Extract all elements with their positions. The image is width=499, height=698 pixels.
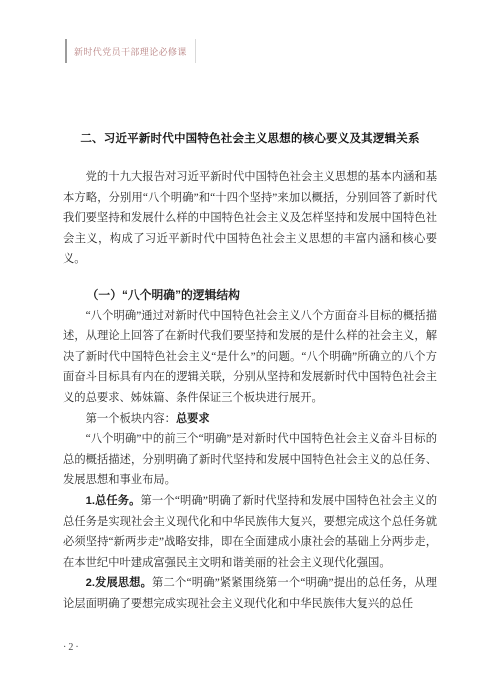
- paragraph-item-1: 1.总任务。第一个“明确”明确了新时代坚持和发展中国特色社会主义的总任务是实现社…: [63, 491, 437, 573]
- block-title-term: 总要求: [176, 413, 210, 425]
- paragraph-logic-structure: “八个明确”通过对新时代中国特色社会主义八个方面奋斗目标的概括描述，从理论上回答…: [63, 306, 437, 409]
- body-text-column: 党的十九大报告对习近平新时代中国特色社会主义思想的基本内涵和基本方略，分别用“八…: [63, 167, 437, 614]
- section-heading: （一）“八个明确”的逻辑结构: [63, 285, 437, 306]
- book-series-header: 新时代党员干部理论必修课: [65, 39, 196, 63]
- header-right-line: [195, 39, 196, 63]
- item-1-term: 1.总任务。: [86, 495, 141, 507]
- paragraph-item-2: 2.发展思想。第二个“明确”紧紧围绕第一个“明确”提出的总任务，从理论层面明确了…: [63, 573, 437, 614]
- chapter-title: 二、习近平新时代中国特色社会主义思想的核心要义及其逻辑关系: [63, 130, 437, 146]
- header-series-title: 新时代党员干部理论必修课: [67, 45, 195, 58]
- document-page: 新时代党员干部理论必修课 二、习近平新时代中国特色社会主义思想的核心要义及其逻辑…: [0, 0, 499, 698]
- page-number: ·2·: [63, 642, 81, 653]
- item-2-term: 2.发展思想。: [86, 577, 152, 589]
- paragraph-first-three: “八个明确”中的前三个“明确”是对新时代中国特色社会主义奋斗目标的总的概括描述，…: [63, 429, 437, 491]
- paragraph-intro: 党的十九大报告对习近平新时代中国特色社会主义思想的基本内涵和基本方略，分别用“八…: [63, 167, 437, 270]
- block-title-line: 第一个板块内容：总要求: [63, 409, 437, 430]
- block-title-label: 第一个板块内容：: [86, 413, 176, 425]
